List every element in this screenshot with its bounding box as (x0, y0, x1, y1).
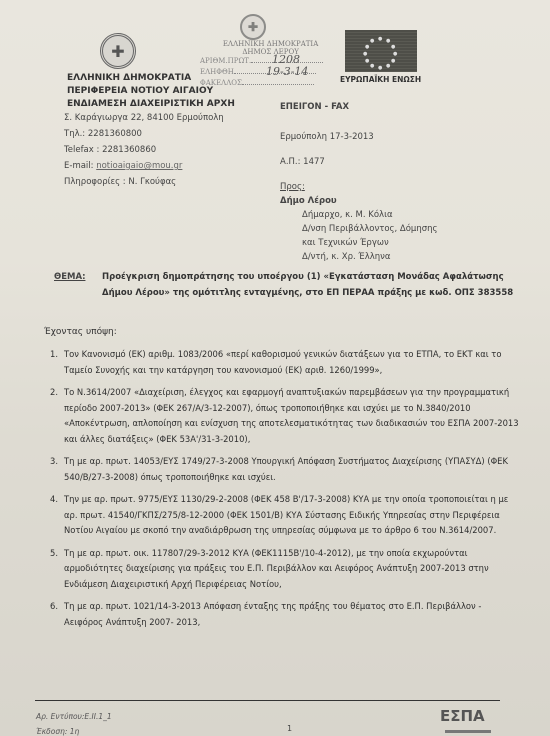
stamp-line-2: ΔΗΜΟΣ ΛΕΡΟΥ (218, 48, 323, 56)
issuer-email-row: E-mail: notioaigaio@mou.gr (64, 158, 224, 174)
stamp-received-label: ΕΛΗΦΘΗ (200, 68, 234, 76)
issuer-address: Σ. Καράγιωργα 22, 84100 Ερμούπολη (64, 110, 224, 126)
reference-number: Α.Π.: 1477 (280, 157, 325, 167)
email-link[interactable]: notioaigaio@mou.gr (96, 161, 182, 171)
stamp-received-value: 19-3-14 (266, 65, 308, 78)
item-text: Τη με αρ. πρωτ. οικ. 117807/29-3-2012 ΚΥ… (64, 546, 520, 593)
stamp-line-1: ΕΛΛΗΝΙΚΗ ΔΗΜΟΚΡΑΤΙΑ (218, 40, 323, 48)
item-text: Το Ν.3614/2007 «Διαχείριση, έλεγχος και … (64, 385, 520, 447)
subject-text: Προέγκριση δημοπράτησης του υποέργου (1)… (102, 269, 524, 301)
recipient-block: Προς: Δήμο Λέρου Δήμαρχο, κ. Μ. Κόλια Δ/… (280, 180, 437, 264)
eu-flag-icon: ● ● ● ● ● ● ● ● ● ● ● ● (345, 30, 417, 72)
item-number: 2. (40, 385, 64, 447)
stamp-folder-row: ΦΑΚΕΛΛΟΣ (200, 78, 323, 89)
item-text: Τον Κανονισμό (ΕΚ) αριθμ. 1083/2006 «περ… (64, 347, 520, 378)
espa-logo-bar (445, 730, 491, 733)
coat-of-arms-icon: ✚ (100, 33, 136, 69)
page-number: 1 (287, 724, 292, 733)
item-number: 3. (40, 454, 64, 485)
list-item: 1. Τον Κανονισμό (ΕΚ) αριθμ. 1083/2006 «… (40, 347, 520, 378)
received-stamp: ✚ ΕΛΛΗΝΙΚΗ ΔΗΜΟΚΡΑΤΙΑ ΔΗΜΟΣ ΛΕΡΟΥ ΑΡΙΘΜ.… (200, 14, 323, 89)
issuer-phone: Τηλ.: 2281360800 (64, 126, 224, 142)
urgency-label: ΕΠΕΙΓΟΝ - FAX (280, 102, 349, 112)
recipient-to-label: Προς: (280, 180, 437, 194)
form-code: Αρ. Εντύπου:Ε.ΙΙ.1_1 (36, 712, 112, 721)
item-text: Την με αρ. πρωτ. 9775/ΕΥΣ 1130/29-2-2008… (64, 492, 520, 539)
item-text: Τη με αρ. πρωτ. 1021/14-3-2013 Απόφαση έ… (64, 599, 520, 630)
issuer-contact: Σ. Καράγιωργα 22, 84100 Ερμούπολη Τηλ.: … (64, 110, 224, 190)
list-item: 3. Τη με αρ. πρωτ. 14053/ΕΥΣ 1749/27-3-2… (40, 454, 520, 485)
list-item: 2. Το Ν.3614/2007 «Διαχείριση, έλεγχος κ… (40, 385, 520, 447)
issuer-telefax: Telefax : 2281360860 (64, 142, 224, 158)
stamp-folder-label: ΦΑΚΕΛΛΟΣ (200, 79, 242, 87)
item-text: Τη με αρ. πρωτ. 14053/ΕΥΣ 1749/27-3-2008… (64, 454, 520, 485)
document-date: Ερμούπολη 17-3-2013 (280, 132, 374, 142)
list-item: 4. Την με αρ. πρωτ. 9775/ΕΥΣ 1130/29-2-2… (40, 492, 520, 539)
list-item: 6. Τη με αρ. πρωτ. 1021/14-3-2013 Απόφασ… (40, 599, 520, 630)
eu-label: ΕΥΡΩΠΑΪΚΗ ΕΝΩΣΗ (340, 75, 421, 84)
email-label: E-mail: (64, 161, 94, 171)
considerations-list: 1. Τον Κανονισμό (ΕΚ) αριθμ. 1083/2006 «… (40, 347, 520, 637)
list-item: 5. Τη με αρ. πρωτ. οικ. 117807/29-3-2012… (40, 546, 520, 593)
form-edition: Έκδοση: 1η (36, 727, 79, 736)
subject-block: ΘΕΜΑ: Προέγκριση δημοπράτησης του υποέργ… (54, 269, 524, 301)
item-number: 1. (40, 347, 64, 378)
recipient-line-1: Δήμαρχο, κ. Μ. Κόλια (280, 208, 437, 222)
issuer-info: Πληροφορίες : Ν. Γκούφας (64, 174, 224, 190)
espa-logo-icon: ΕΣΠΑ (440, 707, 485, 725)
recipient-line-4: Δ/ντή, κ. Χρ. Έλληνα (280, 250, 437, 264)
stamp-coat-of-arms-icon: ✚ (240, 14, 266, 40)
recipient-line-3: και Τεχνικών Έργων (280, 236, 437, 250)
item-number: 4. (40, 492, 64, 539)
item-number: 5. (40, 546, 64, 593)
footer-divider (35, 700, 500, 701)
stamp-protocol-label: ΑΡΙΘΜ.ΠΡΩΤ. (200, 57, 251, 65)
recipient-name: Δήμο Λέρου (280, 194, 437, 208)
considering-heading: Έχοντας υπόψη: (44, 327, 117, 337)
item-number: 6. (40, 599, 64, 630)
recipient-line-2: Δ/νση Περιβάλλοντος, Δόμησης (280, 222, 437, 236)
subject-label: ΘΕΜΑ: (54, 269, 85, 285)
